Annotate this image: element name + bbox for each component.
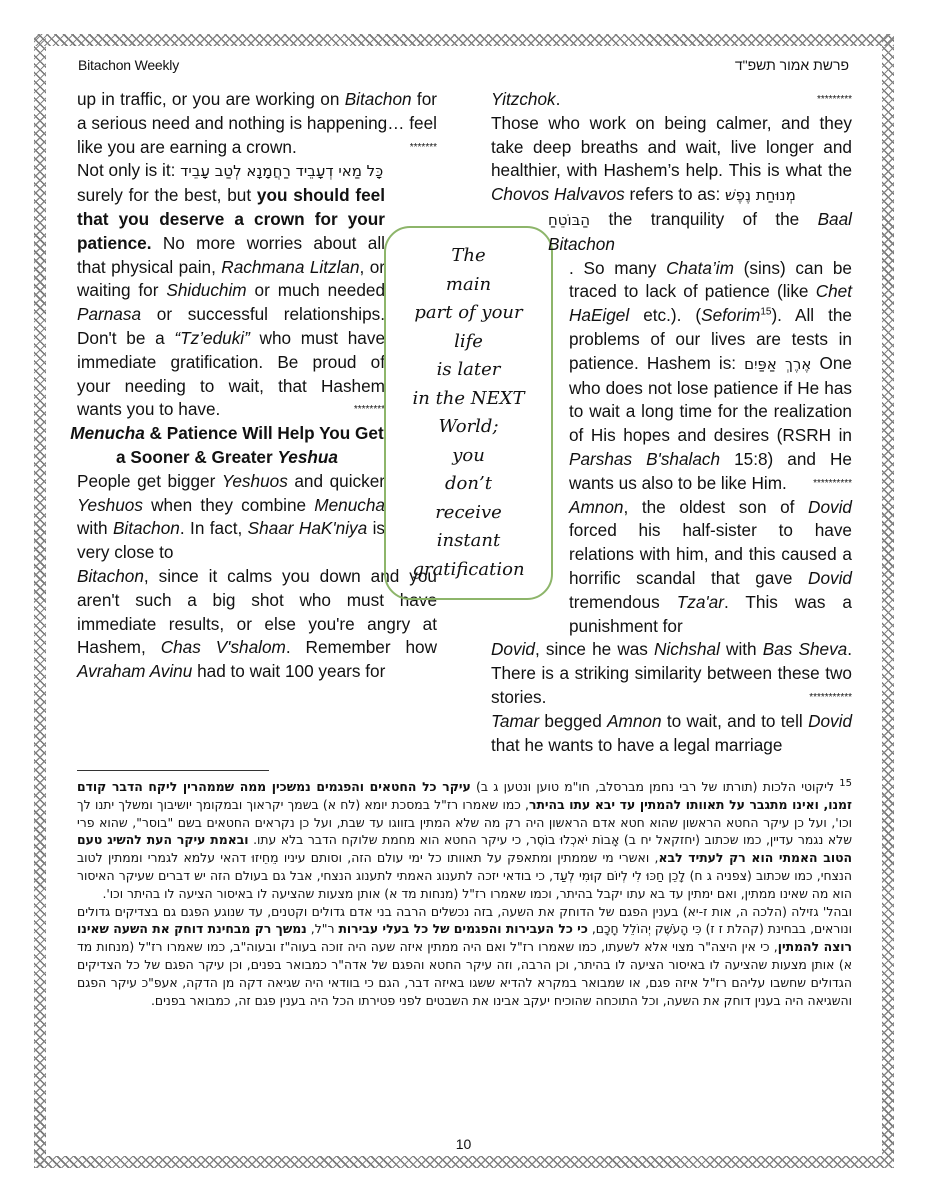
paragraph: People get bigger Yeshuos and quicker Ye… [77, 470, 385, 565]
footnote-paragraph: 15 ליקוטי הלכות (תורתו של רבי נחמן מברסל… [77, 778, 852, 903]
footnote-number: 15 [839, 778, 852, 789]
wrapped-text-block: . So many Chata’im (sins) can be traced … [569, 257, 852, 639]
paragraph-continuation: הַבּוֹטֵחַ the tranquility of the Baal B… [548, 208, 852, 257]
separator-stars: ********** [813, 472, 852, 496]
paragraph: up in traffic, or you are working on Bit… [77, 88, 437, 159]
hebrew-term: אֶרֶךְ אַפַּיִם [744, 355, 811, 373]
footnote-reference[interactable]: 15 [760, 306, 771, 317]
paragraph: Not only is it: כָּל מַאי דְעָבֵיד רַחֲמ… [77, 159, 437, 184]
paragraph: Yitzchok.********* [491, 88, 852, 112]
separator-stars: *********** [809, 686, 852, 710]
section-heading: Menucha & Patience Will Help You Get a S… [69, 422, 385, 470]
header-publication-title: Bitachon Weekly [78, 57, 179, 73]
separator-stars: ******* [410, 136, 437, 160]
hebrew-quote: כָּל מַאי דְעָבֵיד רַחֲמָנָא לְטַב עָבֵי… [180, 162, 383, 180]
left-column: up in traffic, or you are working on Bit… [77, 88, 437, 684]
footnote-separator [77, 770, 269, 771]
paragraph: Bitachon, since it calms you down and yo… [77, 565, 437, 684]
separator-stars: ******** [354, 398, 385, 422]
paragraph: surely for the best, but you should feel… [77, 184, 385, 422]
wrapped-text-line: הַבּוֹטֵחַ the tranquility of the Baal B… [548, 208, 852, 257]
footnote-paragraph: ובהל' גזילה (הלכה ה, אות ז-יא) בענין הפג… [77, 903, 852, 1010]
paragraph: Those who work on being calmer, and they… [491, 112, 852, 208]
right-column: Yitzchok.********* Those who work on bei… [491, 88, 852, 757]
paragraph: Amnon, the oldest son of Dovid forced hi… [569, 496, 852, 639]
footnote: 15 ליקוטי הלכות (תורתו של רבי נחמן מברסל… [77, 778, 852, 1009]
hebrew-term: הַבּוֹטֵחַ [548, 211, 590, 229]
paragraph-continuation: . So many Chata’im (sins) can be traced … [569, 257, 852, 496]
wrapped-text-block: surely for the best, but you should feel… [77, 184, 385, 565]
hebrew-term: מְנוּחַת נֶפֶשׁ [725, 186, 796, 204]
page-number: 10 [0, 1136, 927, 1152]
paragraph: Tamar begged Amnon to wait, and to tell … [491, 710, 852, 758]
header-parsha-hebrew: פרשת אמור תשפ"ד [735, 57, 849, 73]
paragraph-continuation: Dovid, since he was Nichshal with Bas Sh… [491, 638, 852, 709]
separator-stars: ********* [817, 88, 852, 112]
